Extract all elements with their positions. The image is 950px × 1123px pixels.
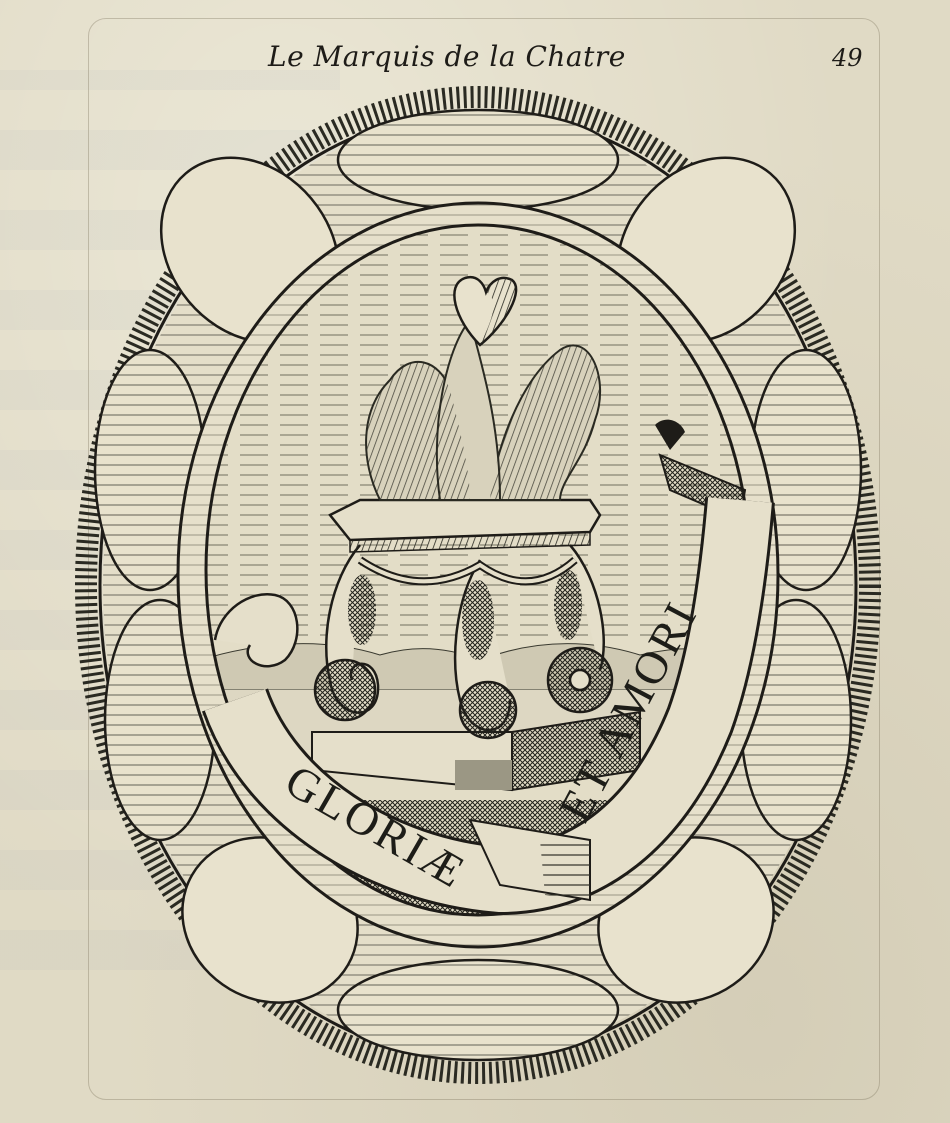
engraved-plate: Le Marquis de la Chatre 49: [0, 0, 950, 1123]
emblem-illustration: GLORIÆ ET AMORI: [0, 0, 950, 1123]
